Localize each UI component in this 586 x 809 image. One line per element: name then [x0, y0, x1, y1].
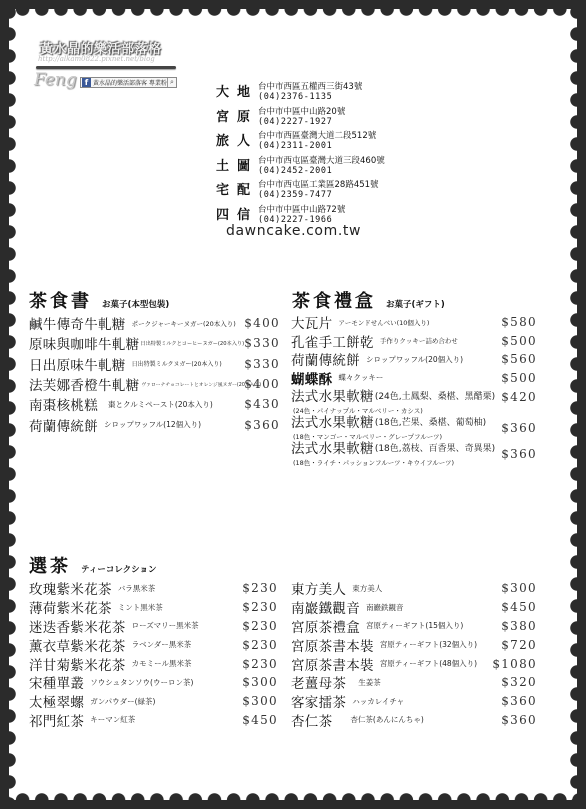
store-address: 台中市西區臺灣大道二段512號: [258, 131, 376, 141]
stamp-perforation-top: [9, 2, 577, 16]
menu-item: 原味與咖啡牛軋糖日出特製ミルクとコーヒーヌガー(20本入り)$330: [29, 333, 280, 353]
item-price: $330: [244, 357, 280, 371]
item-description: カモミール黒米茶: [132, 658, 192, 669]
item-price: $400: [244, 316, 280, 330]
section-header-gift-boxes: 茶食禮盒 お菓子(ギフト): [292, 287, 445, 313]
menu-item: 宮原茶禮盒宮原ティーギフト(15個入り)$380: [291, 617, 537, 636]
store-entry: 宅配 台中市西屯區工業區28路451號(04)2359-7477: [216, 180, 385, 205]
item-description: 棗とクルミペースト(20本入り): [108, 399, 213, 410]
item-description: ポークジャーキーヌガー(20本入り): [132, 319, 236, 328]
menu-item: 宮原茶書本裝宮原ティーギフト(48個入り)$1080: [291, 654, 537, 673]
menu-list-tea: 玫瑰紫米花茶バラ黒米茶$230 薄荷紫米花茶ミント黒米茶$230 迷迭香紫米花茶…: [29, 579, 278, 729]
item-description: ラベンダー黒米茶: [132, 639, 192, 650]
item-price: $360: [244, 418, 280, 432]
store-name: 土圖: [216, 156, 258, 177]
item-name: 老薑母茶: [291, 672, 346, 692]
menu-item: 太極翠螺ガンパウダー(緑茶)$300: [29, 692, 278, 711]
blog-url: http://alkam0822.pixnet.net/blog: [38, 55, 155, 63]
item-price: $380: [501, 619, 537, 633]
store-list: 大地 台中市西區五權西三街43號(04)2376-1135 宮原 台中市中區中山…: [216, 82, 385, 229]
item-description: 日出特製ミルクヌガー(20本入り): [132, 359, 222, 368]
item-description: 杏仁茶(あんにんちゃ): [350, 714, 423, 725]
item-description: 東方美人: [352, 583, 382, 594]
item-name: 宋種單叢: [29, 672, 84, 692]
item-price: $1080: [492, 657, 537, 671]
section-header-snacks: 茶食書 お菓子(本型包裝): [29, 287, 169, 313]
menu-item: 薰衣草紫米花茶ラベンダー黒米茶$230: [29, 635, 278, 654]
item-price: $360: [501, 713, 537, 727]
store-name: 旅人: [216, 131, 258, 152]
menu-list-tea-gifts: 東方美人東方美人$300 南巖鐵觀音南巖鉄観音$450 宮原茶禮盒宮原ティーギフ…: [291, 579, 537, 729]
blog-watermark: 黃水晶的樂活部落格 http://alkam0822.pixnet.net/bl…: [34, 36, 179, 96]
stamp-perforation-right: [570, 9, 584, 800]
store-entry: 宮原 台中市中區中山路20號(04)2227-1927: [216, 107, 385, 132]
website-url: dawncake.com.tw: [226, 223, 361, 239]
item-name: 薰衣草紫米花茶: [29, 635, 126, 655]
section-subtitle: ティーコレクション: [81, 563, 156, 575]
item-price: $360: [501, 421, 537, 435]
store-phone: (04)2359-7477: [258, 190, 379, 200]
store-name: 大地: [216, 82, 258, 103]
item-name: 洋甘菊紫米花茶: [29, 654, 126, 674]
menu-item: 荷蘭傳統餅シロップワッフル(12個入り)$360: [29, 414, 280, 434]
facebook-fanpage-link[interactable]: f 黃水晶的樂活部落客 專業粉絲團 ⌕: [80, 77, 177, 88]
store-phone: (04)2227-1927: [258, 117, 345, 127]
menu-item: 杏仁茶杏仁茶(あんにんちゃ)$360: [291, 711, 537, 730]
item-name: 迷迭香紫米花茶: [29, 616, 126, 636]
item-name: 宮原茶書本裝: [291, 635, 374, 655]
stamp-perforation-bottom: [9, 793, 577, 807]
item-price: $300: [242, 675, 278, 689]
item-price: $430: [244, 397, 280, 411]
item-name: 法式水果軟糖: [291, 411, 374, 431]
item-price: $420: [501, 390, 537, 404]
item-description: ガンパウダー(緑茶): [90, 696, 155, 707]
store-phone: (04)2452-2001: [258, 166, 385, 176]
menu-item: 法式水果軟糖(18色,芒果、桑椹、葡萄柚) (18色・マンゴー・マルベリー・グレ…: [291, 413, 537, 439]
item-description: ソウシュタンソウ(ウーロン茶): [90, 677, 193, 688]
item-name: 日出原味牛軋糖: [29, 354, 126, 374]
store-name: 宅配: [216, 180, 258, 201]
facebook-fanpage-label: 黃水晶的樂活部落客 專業粉絲團: [93, 78, 167, 87]
item-price: $300: [501, 581, 537, 595]
menu-item: 迷迭香紫米花茶ローズマリー黒米茶$230: [29, 617, 278, 636]
menu-item: 荷蘭傳統餅シロップワッフル(20個入り)$560: [291, 350, 537, 369]
item-description: (18色,芒果、桑椹、葡萄柚): [375, 415, 486, 428]
menu-item: 宮原茶書本裝宮原ティーギフト(32個入り)$720: [291, 635, 537, 654]
menu-item: 鹹牛傳奇牛軋糖ポークジャーキーヌガー(20本入り)$400: [29, 313, 280, 333]
item-description: ヴァローナチョコレートとオレンジ風ヌガー(20本入り): [141, 381, 261, 388]
item-description: バラ黒米茶: [118, 583, 156, 594]
item-name: 祁門紅茶: [29, 710, 84, 730]
menu-item: 玫瑰紫米花茶バラ黒米茶$230: [29, 579, 278, 598]
item-price: $450: [501, 600, 537, 614]
store-entry: 土圖 台中市西屯區臺灣大道三段460號(04)2452-2001: [216, 156, 385, 181]
item-name: 杏仁茶: [291, 710, 332, 730]
item-description: (18色,荔枝、百香果、奇異果): [375, 441, 495, 454]
item-name: 宮原茶書本裝: [291, 654, 374, 674]
item-name: 玫瑰紫米花茶: [29, 578, 112, 598]
menu-list-snacks: 鹹牛傳奇牛軋糖ポークジャーキーヌガー(20本入り)$400 原味與咖啡牛軋糖日出…: [29, 313, 280, 435]
item-name: 孔雀手工餅乾: [291, 331, 374, 351]
section-title: 茶食書: [29, 287, 92, 313]
store-phone: (04)2311-2001: [258, 141, 376, 151]
item-description: アーモンドせんべい(10個入り): [338, 318, 429, 327]
blog-signature: Feng: [34, 70, 77, 90]
menu-item: 法芙娜香橙牛軋糖ヴァローナチョコレートとオレンジ風ヌガー(20本入り)$400: [29, 374, 280, 394]
blog-divider: [36, 66, 176, 69]
section-subtitle: お菓子(ギフト): [386, 298, 445, 310]
menu-item: 日出原味牛軋糖日出特製ミルクヌガー(20本入り)$330: [29, 354, 280, 374]
menu-item: 洋甘菊紫米花茶カモミール黒米茶$230: [29, 654, 278, 673]
facebook-icon: f: [82, 78, 91, 87]
item-description: ハッカレイチャ: [352, 696, 404, 707]
item-name: 法芙娜香橙牛軋糖: [29, 374, 139, 394]
item-description: ミント黒米茶: [118, 602, 163, 613]
item-price: $500: [501, 334, 537, 348]
menu-item: 大瓦片アーモンドせんべい(10個入り)$580: [291, 313, 537, 332]
item-description: キーマン紅茶: [90, 714, 135, 725]
item-price: $360: [501, 694, 537, 708]
menu-item: 南巖鐵觀音南巖鉄観音$450: [291, 598, 537, 617]
item-name: 法式水果軟糖: [291, 437, 374, 457]
item-price: $230: [242, 657, 278, 671]
item-price: $360: [501, 447, 537, 461]
item-price: $300: [242, 694, 278, 708]
item-name: 南棗核桃糕: [29, 394, 98, 414]
item-price: $560: [501, 352, 537, 366]
store-entry: 大地 台中市西區五權西三街43號(04)2376-1135: [216, 82, 385, 107]
item-name: 客家擂茶: [291, 691, 346, 711]
item-name: 荷蘭傳統餅: [29, 415, 98, 435]
item-price: $230: [242, 619, 278, 633]
menu-item: 孔雀手工餅乾手作りクッキー詰め合わせ$500: [291, 332, 537, 351]
item-price: $720: [501, 638, 537, 652]
item-name: 荷蘭傳統餅: [291, 349, 360, 369]
item-price: $580: [501, 315, 537, 329]
store-address: 台中市西屯區臺灣大道三段460號: [258, 156, 385, 166]
store-phone: (04)2376-1135: [258, 92, 362, 102]
item-description: (24色,土鳳梨、桑椹、黑醋栗): [375, 389, 495, 402]
item-description: 宮原ティーギフト(32個入り): [380, 639, 477, 650]
stamp-perforation-left: [2, 9, 16, 800]
item-name: 原味與咖啡牛軋糖: [29, 333, 139, 353]
section-subtitle: お菓子(本型包裝): [102, 298, 169, 310]
item-description: 南巖鉄観音: [366, 602, 404, 613]
item-price: $500: [501, 371, 537, 385]
item-price: $230: [242, 600, 278, 614]
menu-item: 法式水果軟糖(18色,荔枝、百香果、奇異果) (18色・ライチ・パッションフルー…: [291, 439, 537, 465]
item-description: ローズマリー黒米茶: [132, 620, 199, 631]
store-address: 台中市西屯區工業區28路451號: [258, 180, 379, 190]
item-description: シロップワッフル(20個入り): [366, 354, 463, 365]
section-header-tea: 選茶 ティーコレクション: [29, 552, 156, 578]
store-entry: 旅人 台中市西區臺灣大道二段512號(04)2311-2001: [216, 131, 385, 156]
menu-item: 祁門紅茶キーマン紅茶$450: [29, 711, 278, 730]
item-price: $320: [501, 675, 537, 689]
store-address: 台中市西區五權西三街43號: [258, 82, 362, 92]
item-name: 東方美人: [291, 578, 346, 598]
store-address: 台中市中區中山路20號: [258, 107, 345, 117]
item-description: 蝶々クッキー: [338, 372, 383, 383]
store-address: 台中市中區中山路72號: [258, 205, 345, 215]
item-name: 鹹牛傳奇牛軋糖: [29, 313, 126, 333]
menu-item: 東方美人東方美人$300: [291, 579, 537, 598]
item-price: $450: [242, 713, 278, 727]
section-title: 選茶: [29, 552, 71, 578]
section-title: 茶食禮盒: [292, 287, 376, 313]
item-price: $330: [244, 336, 280, 350]
search-icon[interactable]: ⌕: [167, 78, 176, 87]
menu-item: 客家擂茶ハッカレイチャ$360: [291, 692, 537, 711]
menu-item: 薄荷紫米花茶ミント黒米茶$230: [29, 598, 278, 617]
item-description: 日出特製ミルクとコーヒーヌガー(20本入り): [140, 340, 244, 347]
item-price: $400: [244, 377, 280, 391]
store-name: 宮原: [216, 107, 258, 128]
item-subdescription: (18色・ライチ・パッションフルーツ・キウイフルーツ): [293, 458, 454, 467]
item-description: 生姜茶: [358, 677, 381, 688]
item-description: 宮原ティーギフト(15個入り): [366, 620, 463, 631]
menu-item: 南棗核桃糕棗とクルミペースト(20本入り)$430: [29, 394, 280, 414]
item-description: 手作りクッキー詰め合わせ: [380, 336, 458, 345]
item-name: 南巖鐵觀音: [291, 597, 360, 617]
item-price: $230: [242, 581, 278, 595]
item-name: 太極翠螺: [29, 691, 84, 711]
item-name: 宮原茶禮盒: [291, 616, 360, 636]
item-name: 法式水果軟糖: [291, 385, 374, 405]
menu-list-gift-boxes: 大瓦片アーモンドせんべい(10個入り)$580 孔雀手工餅乾手作りクッキー詰め合…: [291, 313, 537, 465]
menu-item: 法式水果軟糖(24色,土鳳梨、桑椹、黑醋栗) (24色・パイナップル・マルベリー…: [291, 387, 537, 413]
item-price: $230: [242, 638, 278, 652]
item-description: シロップワッフル(12個入り): [104, 419, 201, 430]
menu-item: 宋種單叢ソウシュタンソウ(ウーロン茶)$300: [29, 673, 278, 692]
menu-item: 老薑母茶生姜茶$320: [291, 673, 537, 692]
item-description: 宮原ティーギフト(48個入り): [380, 658, 477, 669]
item-name: 大瓦片: [291, 312, 332, 332]
item-name: 薄荷紫米花茶: [29, 597, 112, 617]
